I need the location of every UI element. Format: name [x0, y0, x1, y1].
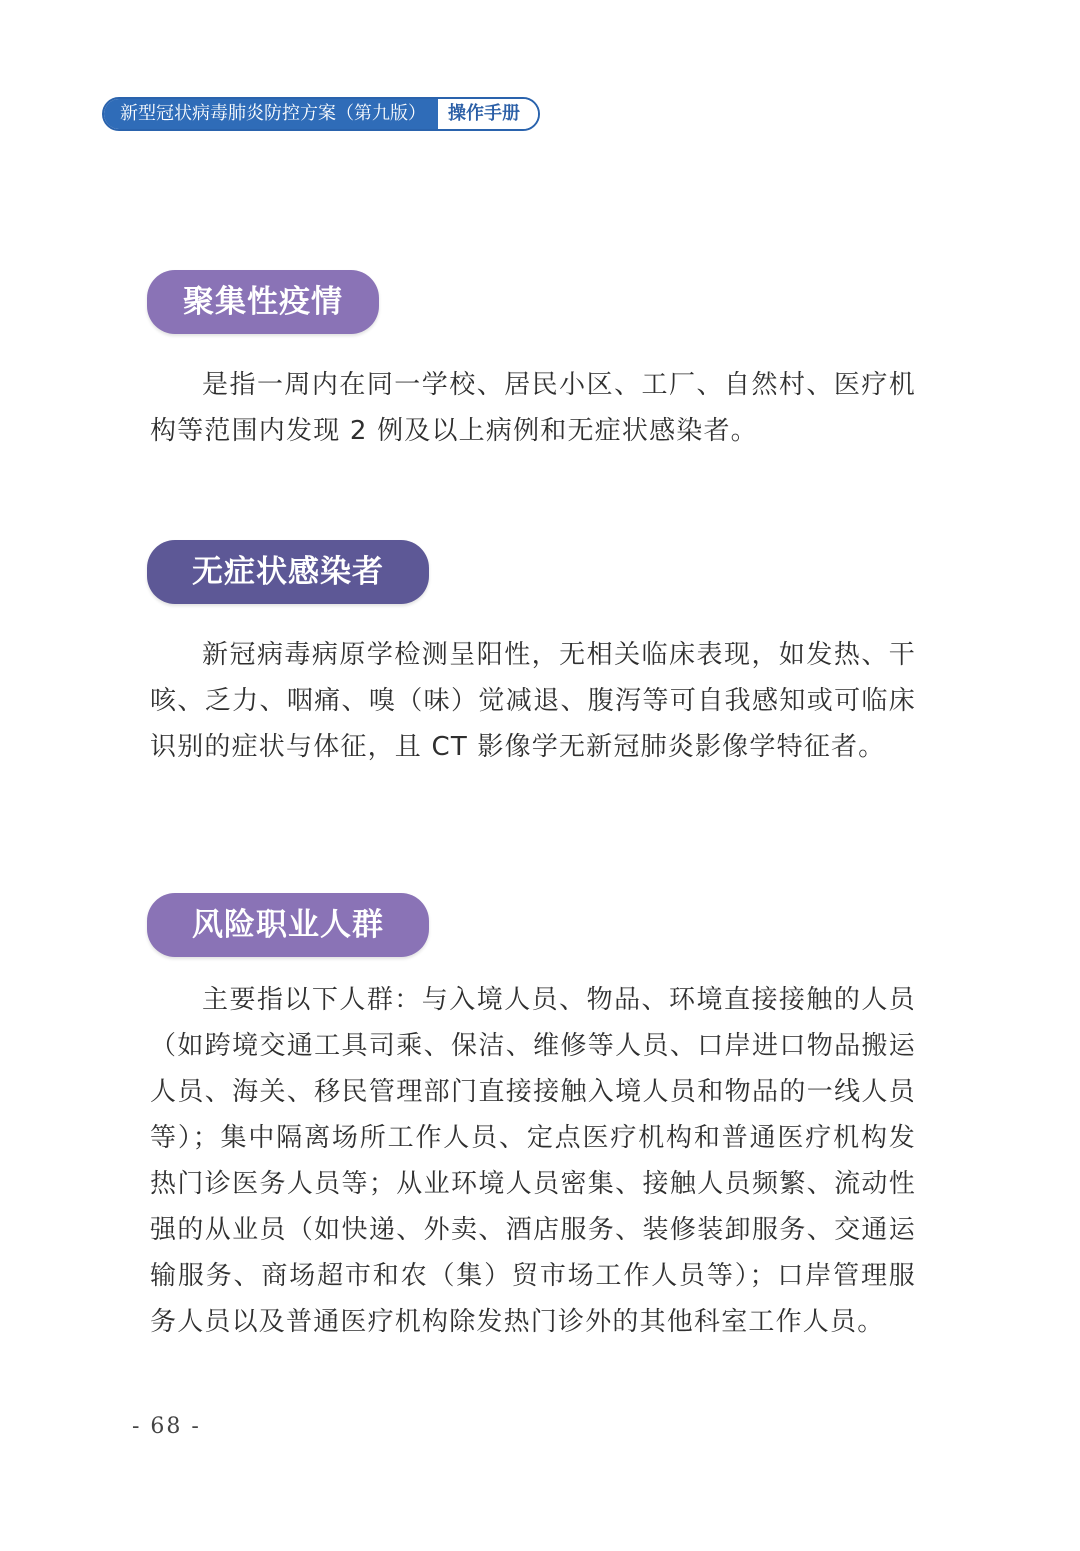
header-document-title: 新型冠状病毒肺炎防控方案（第九版） [104, 99, 438, 129]
section-heading-asymptomatic: 无症状感染者 [147, 540, 429, 604]
section-body-asymptomatic: 新冠病毒病原学检测呈阳性，无相关临床表现，如发热、干咳、乏力、咽痛、嗅（味）觉减… [150, 632, 916, 770]
section-heading-cluster-outbreak: 聚集性疫情 [147, 270, 379, 334]
section-body-risk-occupations: 主要指以下人群：与入境人员、物品、环境直接接触的人员（如跨境交通工具司乘、保洁、… [150, 977, 916, 1345]
section-heading-risk-occupations: 风险职业人群 [147, 893, 429, 957]
section-body-cluster-outbreak: 是指一周内在同一学校、居民小区、工厂、自然村、医疗机构等范围内发现 2 例及以上… [150, 362, 916, 454]
page-number: - 68 - [132, 1414, 201, 1439]
running-header: 新型冠状病毒肺炎防控方案（第九版） 操作手册 [102, 97, 540, 131]
header-manual-tag: 操作手册 [438, 99, 538, 129]
